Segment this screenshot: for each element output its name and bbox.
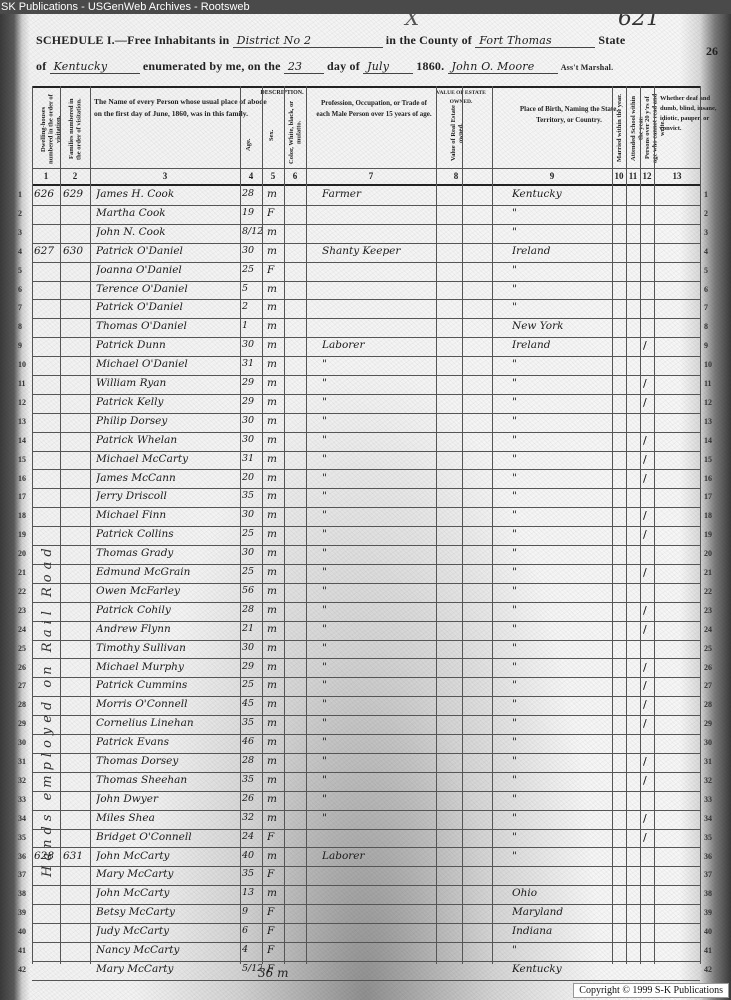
colnum-12: 12 [640, 171, 654, 181]
line-number-left: 15 [18, 455, 26, 464]
line-number-right: 13 [704, 417, 712, 426]
occupation: Shanty Keeper [322, 245, 434, 257]
sex: m [267, 661, 283, 673]
line-number-left: 39 [18, 908, 26, 917]
age: 40 [242, 850, 262, 861]
sex: m [267, 339, 283, 351]
row-divider [32, 810, 700, 811]
row-divider [32, 375, 700, 376]
line-number-left: 29 [18, 719, 26, 728]
birthplace: " [512, 661, 610, 673]
person-name: Bridget O'Connell [96, 831, 240, 843]
birthplace: " [512, 566, 610, 578]
line-number-left: 14 [18, 436, 26, 445]
cannot-read-write-mark: / [643, 509, 647, 522]
occupation: " [322, 812, 434, 824]
birthplace: " [512, 812, 610, 824]
birthplace: " [512, 396, 610, 408]
line-number-right: 1 [704, 190, 708, 199]
cannot-read-write-mark: / [643, 604, 647, 617]
line-number-right: 5 [704, 266, 708, 275]
age: 30 [242, 642, 262, 653]
line-number-left: 28 [18, 700, 26, 709]
sex: m [267, 320, 283, 332]
row-divider [32, 507, 700, 508]
person-name: Mary McCarty [96, 963, 240, 975]
row-divider [32, 772, 700, 773]
line-number-left: 41 [18, 946, 26, 955]
birthplace: " [512, 434, 610, 446]
person-name: Michael McCarty [96, 453, 240, 465]
sex: m [267, 490, 283, 502]
row-divider [32, 715, 700, 716]
age: 35 [242, 717, 262, 728]
person-name: Jerry Driscoll [96, 490, 240, 502]
line-number-left: 33 [18, 795, 26, 804]
person-name: Terence O'Daniel [96, 283, 240, 295]
person-name: Thomas Sheehan [96, 774, 240, 786]
sex: m [267, 604, 283, 616]
colnum-divider [32, 184, 700, 186]
person-name: Michael Murphy [96, 661, 240, 673]
occupation: " [322, 490, 434, 502]
row-divider [32, 356, 700, 357]
occupation: " [322, 509, 434, 521]
cannot-read-write-mark: / [643, 831, 647, 844]
line-number-right: 16 [704, 474, 712, 483]
line-number-left: 13 [18, 417, 26, 426]
person-name: Patrick Kelly [96, 396, 240, 408]
birthplace: " [512, 793, 610, 805]
line-number-right: 33 [704, 795, 712, 804]
dwelling-number: 626 [34, 188, 60, 200]
row-divider [32, 224, 700, 225]
line-number-right: 26 [704, 663, 712, 672]
age: 25 [242, 528, 262, 539]
sex: m [267, 679, 283, 691]
line-number-left: 12 [18, 398, 26, 407]
age: 29 [242, 377, 262, 388]
cannot-read-write-mark: / [643, 396, 647, 409]
county-label: in the County of [386, 33, 472, 47]
birthplace: " [512, 453, 610, 465]
sex: m [267, 453, 283, 465]
enumerated-label: enumerated by me, on the [143, 59, 281, 73]
person-name: Patrick O'Daniel [96, 301, 240, 313]
census-page: SK Publications - USGenWeb Archives - Ro… [0, 0, 731, 1000]
line-number-right: 27 [704, 681, 712, 690]
person-name: John N. Cook [96, 226, 240, 238]
state-label: State [598, 33, 625, 47]
row-divider [32, 318, 700, 319]
person-name: Cornelius Linehan [96, 717, 240, 729]
person-name: Judy McCarty [96, 925, 240, 937]
line-number-left: 21 [18, 568, 26, 577]
sex: m [267, 434, 283, 446]
sex: m [267, 226, 283, 238]
line-number-right: 28 [704, 700, 712, 709]
line-number-right: 35 [704, 833, 712, 842]
birthplace: " [512, 509, 610, 521]
age: 4 [242, 944, 262, 955]
age: 30 [242, 509, 262, 520]
person-name: Patrick Evans [96, 736, 240, 748]
age: 24 [242, 831, 262, 842]
cannot-read-write-mark: / [643, 698, 647, 711]
person-name: James McCann [96, 472, 240, 484]
sex: m [267, 736, 283, 748]
line-number-right: 38 [704, 889, 712, 898]
year-label: 1860. [416, 59, 444, 73]
person-name: Nancy McCarty [96, 944, 240, 956]
line-number-left: 5 [18, 266, 22, 275]
row-divider [32, 526, 700, 527]
person-name: Patrick O'Daniel [96, 245, 240, 257]
row-divider [32, 432, 700, 433]
cannot-read-write-mark: / [643, 377, 647, 390]
colnum-11: 11 [626, 171, 640, 181]
age: 29 [242, 661, 262, 672]
row-divider [32, 923, 700, 924]
line-number-right: 3 [704, 228, 708, 237]
col4-header: Age. [245, 126, 257, 164]
line-number-right: 10 [704, 360, 712, 369]
age: 35 [242, 868, 262, 879]
line-number-left: 10 [18, 360, 26, 369]
person-name: Morris O'Connell [96, 698, 240, 710]
age: 21 [242, 623, 262, 634]
cannot-read-write-mark: / [643, 661, 647, 674]
birthplace: Ireland [512, 339, 610, 351]
birthplace: " [512, 642, 610, 654]
colnum-7: 7 [306, 171, 436, 181]
row-divider [32, 243, 700, 244]
line-number-right: 34 [704, 814, 712, 823]
age: 20 [242, 472, 262, 483]
age: 25 [242, 679, 262, 690]
age: 28 [242, 188, 262, 199]
age: 13 [242, 887, 262, 898]
age: 28 [242, 604, 262, 615]
line-number-left: 4 [18, 247, 22, 256]
sex: m [267, 396, 283, 408]
row-divider [32, 847, 700, 848]
birthplace: " [512, 283, 610, 295]
sex: m [267, 377, 283, 389]
person-name: Joanna O'Daniel [96, 264, 240, 276]
age: 30 [242, 339, 262, 350]
sex: m [267, 358, 283, 370]
occupation: " [322, 472, 434, 484]
occupation: " [322, 528, 434, 540]
marshal-name: John O. Moore [448, 60, 558, 74]
person-name: Owen McFarley [96, 585, 240, 597]
colnum-5: 5 [262, 171, 284, 181]
header-divider [32, 168, 700, 169]
line-number-right: 6 [704, 285, 708, 294]
line-number-right: 29 [704, 719, 712, 728]
birthplace: " [512, 604, 610, 616]
age: 19 [242, 207, 262, 218]
cannot-read-write-mark: / [643, 717, 647, 730]
colnum-4: 4 [240, 171, 262, 181]
age: 28 [242, 755, 262, 766]
sex: m [267, 188, 283, 200]
cannot-read-write-mark: / [643, 434, 647, 447]
line-number-right: 17 [704, 492, 712, 501]
row-divider [32, 621, 700, 622]
occupation: " [322, 661, 434, 673]
occupation: " [322, 774, 434, 786]
birthplace: " [512, 301, 610, 313]
birthplace: " [512, 717, 610, 729]
day-label: day of [327, 59, 360, 73]
census-table: Dwelling-houses numbered in the order of… [32, 86, 700, 966]
cannot-read-write-mark: / [643, 339, 647, 352]
cannot-read-write-mark: / [643, 528, 647, 541]
occupation: " [322, 434, 434, 446]
line-number-left: 38 [18, 889, 26, 898]
birthplace: " [512, 207, 610, 219]
line-number-right: 19 [704, 530, 712, 539]
age: 30 [242, 245, 262, 256]
sex: m [267, 415, 283, 427]
age: 30 [242, 547, 262, 558]
sex: m [267, 509, 283, 521]
person-name: Edmund McGrain [96, 566, 240, 578]
county-value: Fort Thomas [475, 34, 595, 48]
page-tally: 36 m [258, 966, 288, 980]
day-value: 23 [284, 60, 324, 74]
row-divider [32, 791, 700, 792]
sex: F [267, 207, 283, 219]
colnum-1: 1 [32, 171, 60, 181]
sex: F [267, 868, 283, 880]
line-number-right: 42 [704, 965, 712, 974]
age: 31 [242, 453, 262, 464]
enumeration-header: of Kentucky enumerated by me, on the 23 … [36, 59, 613, 74]
occupation: " [322, 698, 434, 710]
cannot-read-write-mark: / [643, 812, 647, 825]
birthplace: " [512, 358, 610, 370]
district-value: District No 2 [233, 34, 383, 48]
line-number-left: 25 [18, 644, 26, 653]
age: 25 [242, 566, 262, 577]
age: 30 [242, 434, 262, 445]
occupation: " [322, 604, 434, 616]
birthplace: " [512, 490, 610, 502]
occupation: " [322, 793, 434, 805]
family-number: 631 [63, 850, 90, 862]
line-number-right: 30 [704, 738, 712, 747]
sex: F [267, 925, 283, 937]
line-number-right: 39 [704, 908, 712, 917]
sex: m [267, 301, 283, 313]
person-name: James H. Cook [96, 188, 240, 200]
occupation: " [322, 415, 434, 427]
sex: m [267, 566, 283, 578]
line-number-left: 8 [18, 322, 22, 331]
line-number-left: 16 [18, 474, 26, 483]
window-title: SK Publications - USGenWeb Archives - Ro… [0, 0, 731, 14]
line-number-left: 22 [18, 587, 26, 596]
birthplace: " [512, 679, 610, 691]
line-number-left: 2 [18, 209, 22, 218]
person-name: Patrick Whelan [96, 434, 240, 446]
birthplace: " [512, 698, 610, 710]
line-number-right: 8 [704, 322, 708, 331]
sex: m [267, 717, 283, 729]
row-divider [32, 640, 700, 641]
cannot-read-write-mark: / [643, 679, 647, 692]
birthplace: " [512, 850, 610, 862]
sex: m [267, 850, 283, 862]
occupation: " [322, 623, 434, 635]
sex: m [267, 623, 283, 635]
occupation: " [322, 547, 434, 559]
sex: m [267, 547, 283, 559]
person-name: Miles Shea [96, 812, 240, 824]
occupation: " [322, 755, 434, 767]
occupation: " [322, 642, 434, 654]
line-number-left: 26 [18, 663, 26, 672]
schedule-label: SCHEDULE I.—Free Inhabitants in [36, 33, 229, 47]
line-number-left: 36 [18, 852, 26, 861]
line-number-right: 32 [704, 776, 712, 785]
line-number-left: 6 [18, 285, 22, 294]
birthplace: " [512, 264, 610, 276]
line-number-right: 15 [704, 455, 712, 464]
occupation: " [322, 679, 434, 691]
colnum-8: 8 [436, 171, 476, 181]
age: 35 [242, 490, 262, 501]
line-number-right: 41 [704, 946, 712, 955]
dwelling-number: 627 [34, 245, 60, 257]
person-name: Andrew Flynn [96, 623, 240, 635]
line-number-right: 12 [704, 398, 712, 407]
occupation: " [322, 585, 434, 597]
line-number-right: 31 [704, 757, 712, 766]
line-number-right: 7 [704, 303, 708, 312]
row-divider [32, 205, 700, 206]
line-number-left: 42 [18, 965, 26, 974]
colnum-9: 9 [492, 171, 612, 181]
person-name: Thomas O'Daniel [96, 320, 240, 332]
birthplace: " [512, 528, 610, 540]
margin-note: Hands employed on Rail Road [40, 470, 58, 950]
age: 29 [242, 396, 262, 407]
col7-header: Profession, Occupation, or Trade of each… [314, 98, 434, 120]
sex: m [267, 698, 283, 710]
sex: F [267, 906, 283, 918]
row-divider [32, 583, 700, 584]
occupation: " [322, 453, 434, 465]
birthplace: Indiana [512, 925, 610, 937]
row-divider [32, 262, 700, 263]
row-divider [32, 696, 700, 697]
cannot-read-write-mark: / [643, 566, 647, 579]
line-number-left: 27 [18, 681, 26, 690]
line-number-right: 37 [704, 870, 712, 879]
line-number-right: 40 [704, 927, 712, 936]
age: 2 [242, 301, 262, 312]
line-number-right: 11 [704, 379, 712, 388]
person-name: Patrick Cohily [96, 604, 240, 616]
col1-header: Dwelling-houses numbered in the order of… [40, 94, 54, 164]
line-number-left: 18 [18, 511, 26, 520]
line-number-left: 19 [18, 530, 26, 539]
sex: m [267, 245, 283, 257]
line-number-left: 35 [18, 833, 26, 842]
person-name: Thomas Dorsey [96, 755, 240, 767]
birthplace: Maryland [512, 906, 610, 918]
age: 25 [242, 264, 262, 275]
birthplace: " [512, 623, 610, 635]
line-number-right: 14 [704, 436, 712, 445]
sex: F [267, 831, 283, 843]
person-name: John Dwyer [96, 793, 240, 805]
age: 1 [242, 320, 262, 331]
col2-header: Families numbered in the order of visita… [68, 94, 82, 164]
cannot-read-write-mark: / [643, 623, 647, 636]
occupation: " [322, 566, 434, 578]
person-name: John McCarty [96, 887, 240, 899]
age: 26 [242, 793, 262, 804]
row-divider [32, 337, 700, 338]
sex: m [267, 642, 283, 654]
line-number-right: 24 [704, 625, 712, 634]
birthplace: Kentucky [512, 188, 610, 200]
row-divider [32, 980, 700, 981]
line-number-right: 2 [704, 209, 708, 218]
person-name: John McCarty [96, 850, 240, 862]
col5-header: Sex. [268, 106, 280, 164]
row-divider [32, 413, 700, 414]
line-number-left: 34 [18, 814, 26, 823]
age: 45 [242, 698, 262, 709]
age: 8/12 [242, 226, 262, 237]
family-number: 629 [63, 188, 90, 200]
age: 9 [242, 906, 262, 917]
age: 35 [242, 774, 262, 785]
line-number-left: 31 [18, 757, 26, 766]
birthplace: Ohio [512, 887, 610, 899]
line-number-right: 23 [704, 606, 712, 615]
sex: F [267, 944, 283, 956]
row-divider [32, 488, 700, 489]
line-number-right: 18 [704, 511, 712, 520]
row-divider [32, 451, 700, 452]
birthplace: " [512, 377, 610, 389]
sex: m [267, 887, 283, 899]
sex: m [267, 812, 283, 824]
row-divider [32, 961, 700, 962]
line-number-left: 20 [18, 549, 26, 558]
occupation: Laborer [322, 850, 434, 862]
row-divider [32, 829, 700, 830]
birthplace: " [512, 774, 610, 786]
age: 30 [242, 415, 262, 426]
colnum-6: 6 [284, 171, 306, 181]
occupation: Laborer [322, 339, 434, 351]
line-number-right: 25 [704, 644, 712, 653]
line-number-left: 9 [18, 341, 22, 350]
copyright-notice: Copyright © 1999 S-K Publications [573, 983, 729, 998]
line-number-left: 37 [18, 870, 26, 879]
table-top-border [32, 86, 700, 88]
row-divider [32, 677, 700, 678]
person-name: Patrick Collins [96, 528, 240, 540]
